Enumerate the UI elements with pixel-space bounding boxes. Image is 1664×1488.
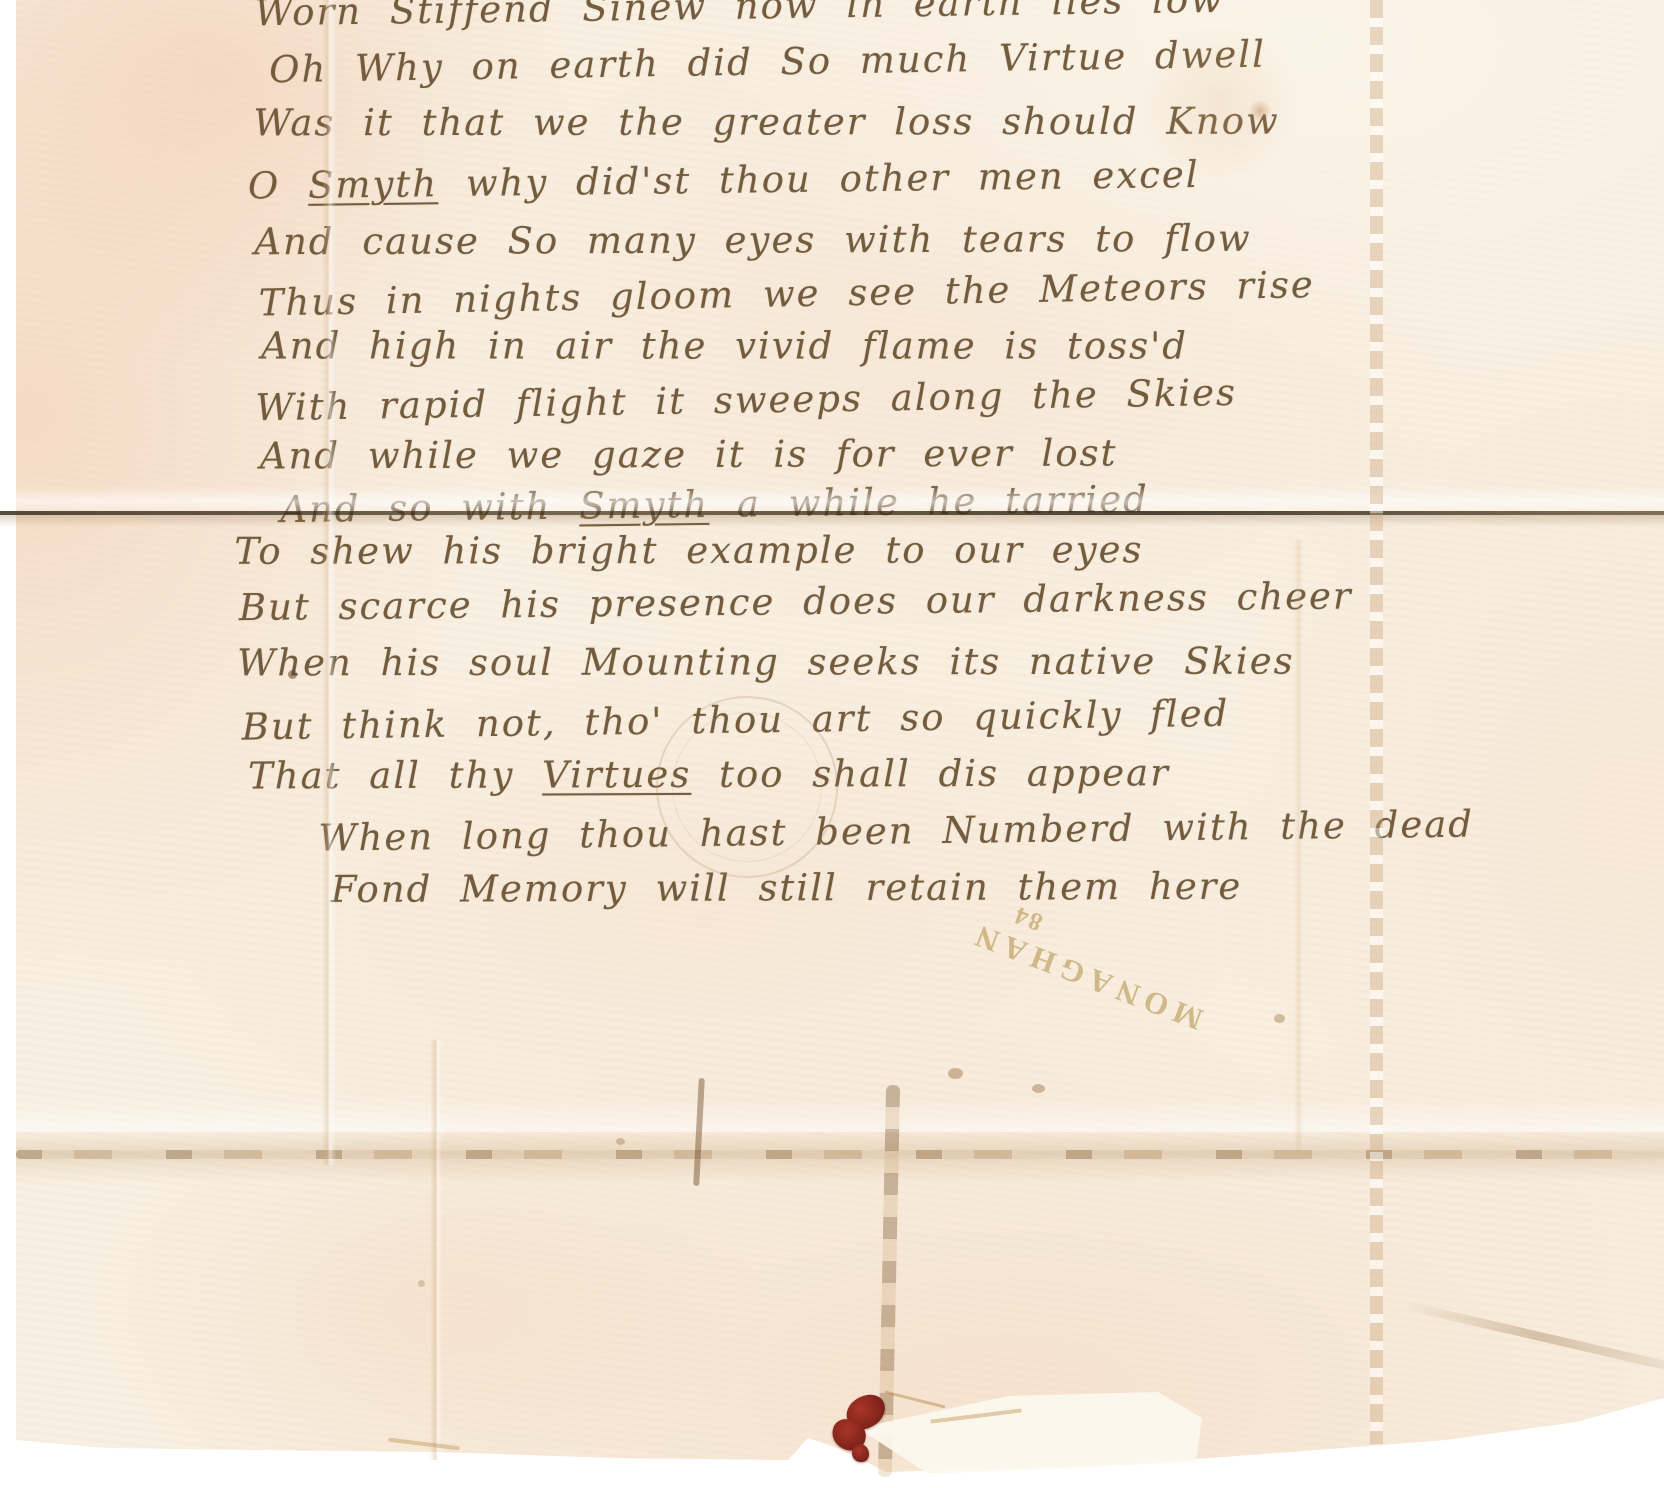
poem-line: When his soul Mounting seeks its native …: [237, 640, 1294, 685]
stain-speck: [418, 1280, 425, 1287]
poem-line: O Smyth why did'st thou other men excel: [248, 153, 1200, 208]
horizontal-fold-shadow: [0, 515, 1664, 527]
handwritten-poem: Worn Stiffend Sinew now in earth lies lo…: [0, 0, 1664, 966]
poem-line: And while we gaze it is for ever lost: [260, 432, 1118, 478]
wax-seal-fragment: [852, 1444, 869, 1462]
vertical-crease: [1370, 0, 1383, 1444]
stain-speck: [948, 1068, 963, 1079]
horizontal-fold-highlight: [0, 486, 1664, 512]
vertical-crease: [1294, 540, 1303, 1160]
stain-speck: [1274, 1014, 1285, 1023]
lower-fold-line: [16, 1150, 1664, 1159]
poem-line: To shew his bright example to our eyes: [234, 528, 1143, 573]
poem-line: Oh Why on earth did So much Virtue dwell: [269, 33, 1266, 92]
paper-discoloration: [1130, 28, 1310, 178]
poem-line: Worn Stiffend Sinew now in earth lies lo…: [254, 0, 1224, 34]
poem-line: And cause So many eyes with tears to flo…: [254, 217, 1251, 263]
poem-line: Was it that we the greater loss should K…: [253, 100, 1279, 145]
poem-line: With rapid flight it sweeps along the Sk…: [255, 371, 1237, 429]
vertical-crease: [430, 1040, 442, 1460]
stain-speck: [1032, 1084, 1045, 1093]
vertical-crease: [322, 0, 336, 1165]
poem-line: But scarce his presence does our darknes…: [239, 574, 1353, 629]
stain-speck: [616, 1138, 625, 1145]
lower-fold-highlight: [16, 1098, 1664, 1132]
poem-line: Thus in nights gloom we see the Meteors …: [258, 263, 1315, 324]
scanned-letter-page: Worn Stiffend Sinew now in earth lies lo…: [0, 0, 1664, 1488]
ink-speck: [288, 670, 297, 679]
embossed-stamp-watermark: [656, 696, 838, 878]
poem-line: And high in air the vivid flame is toss'…: [261, 325, 1188, 368]
poem-line: Fond Memory will still retain them here: [331, 865, 1243, 911]
